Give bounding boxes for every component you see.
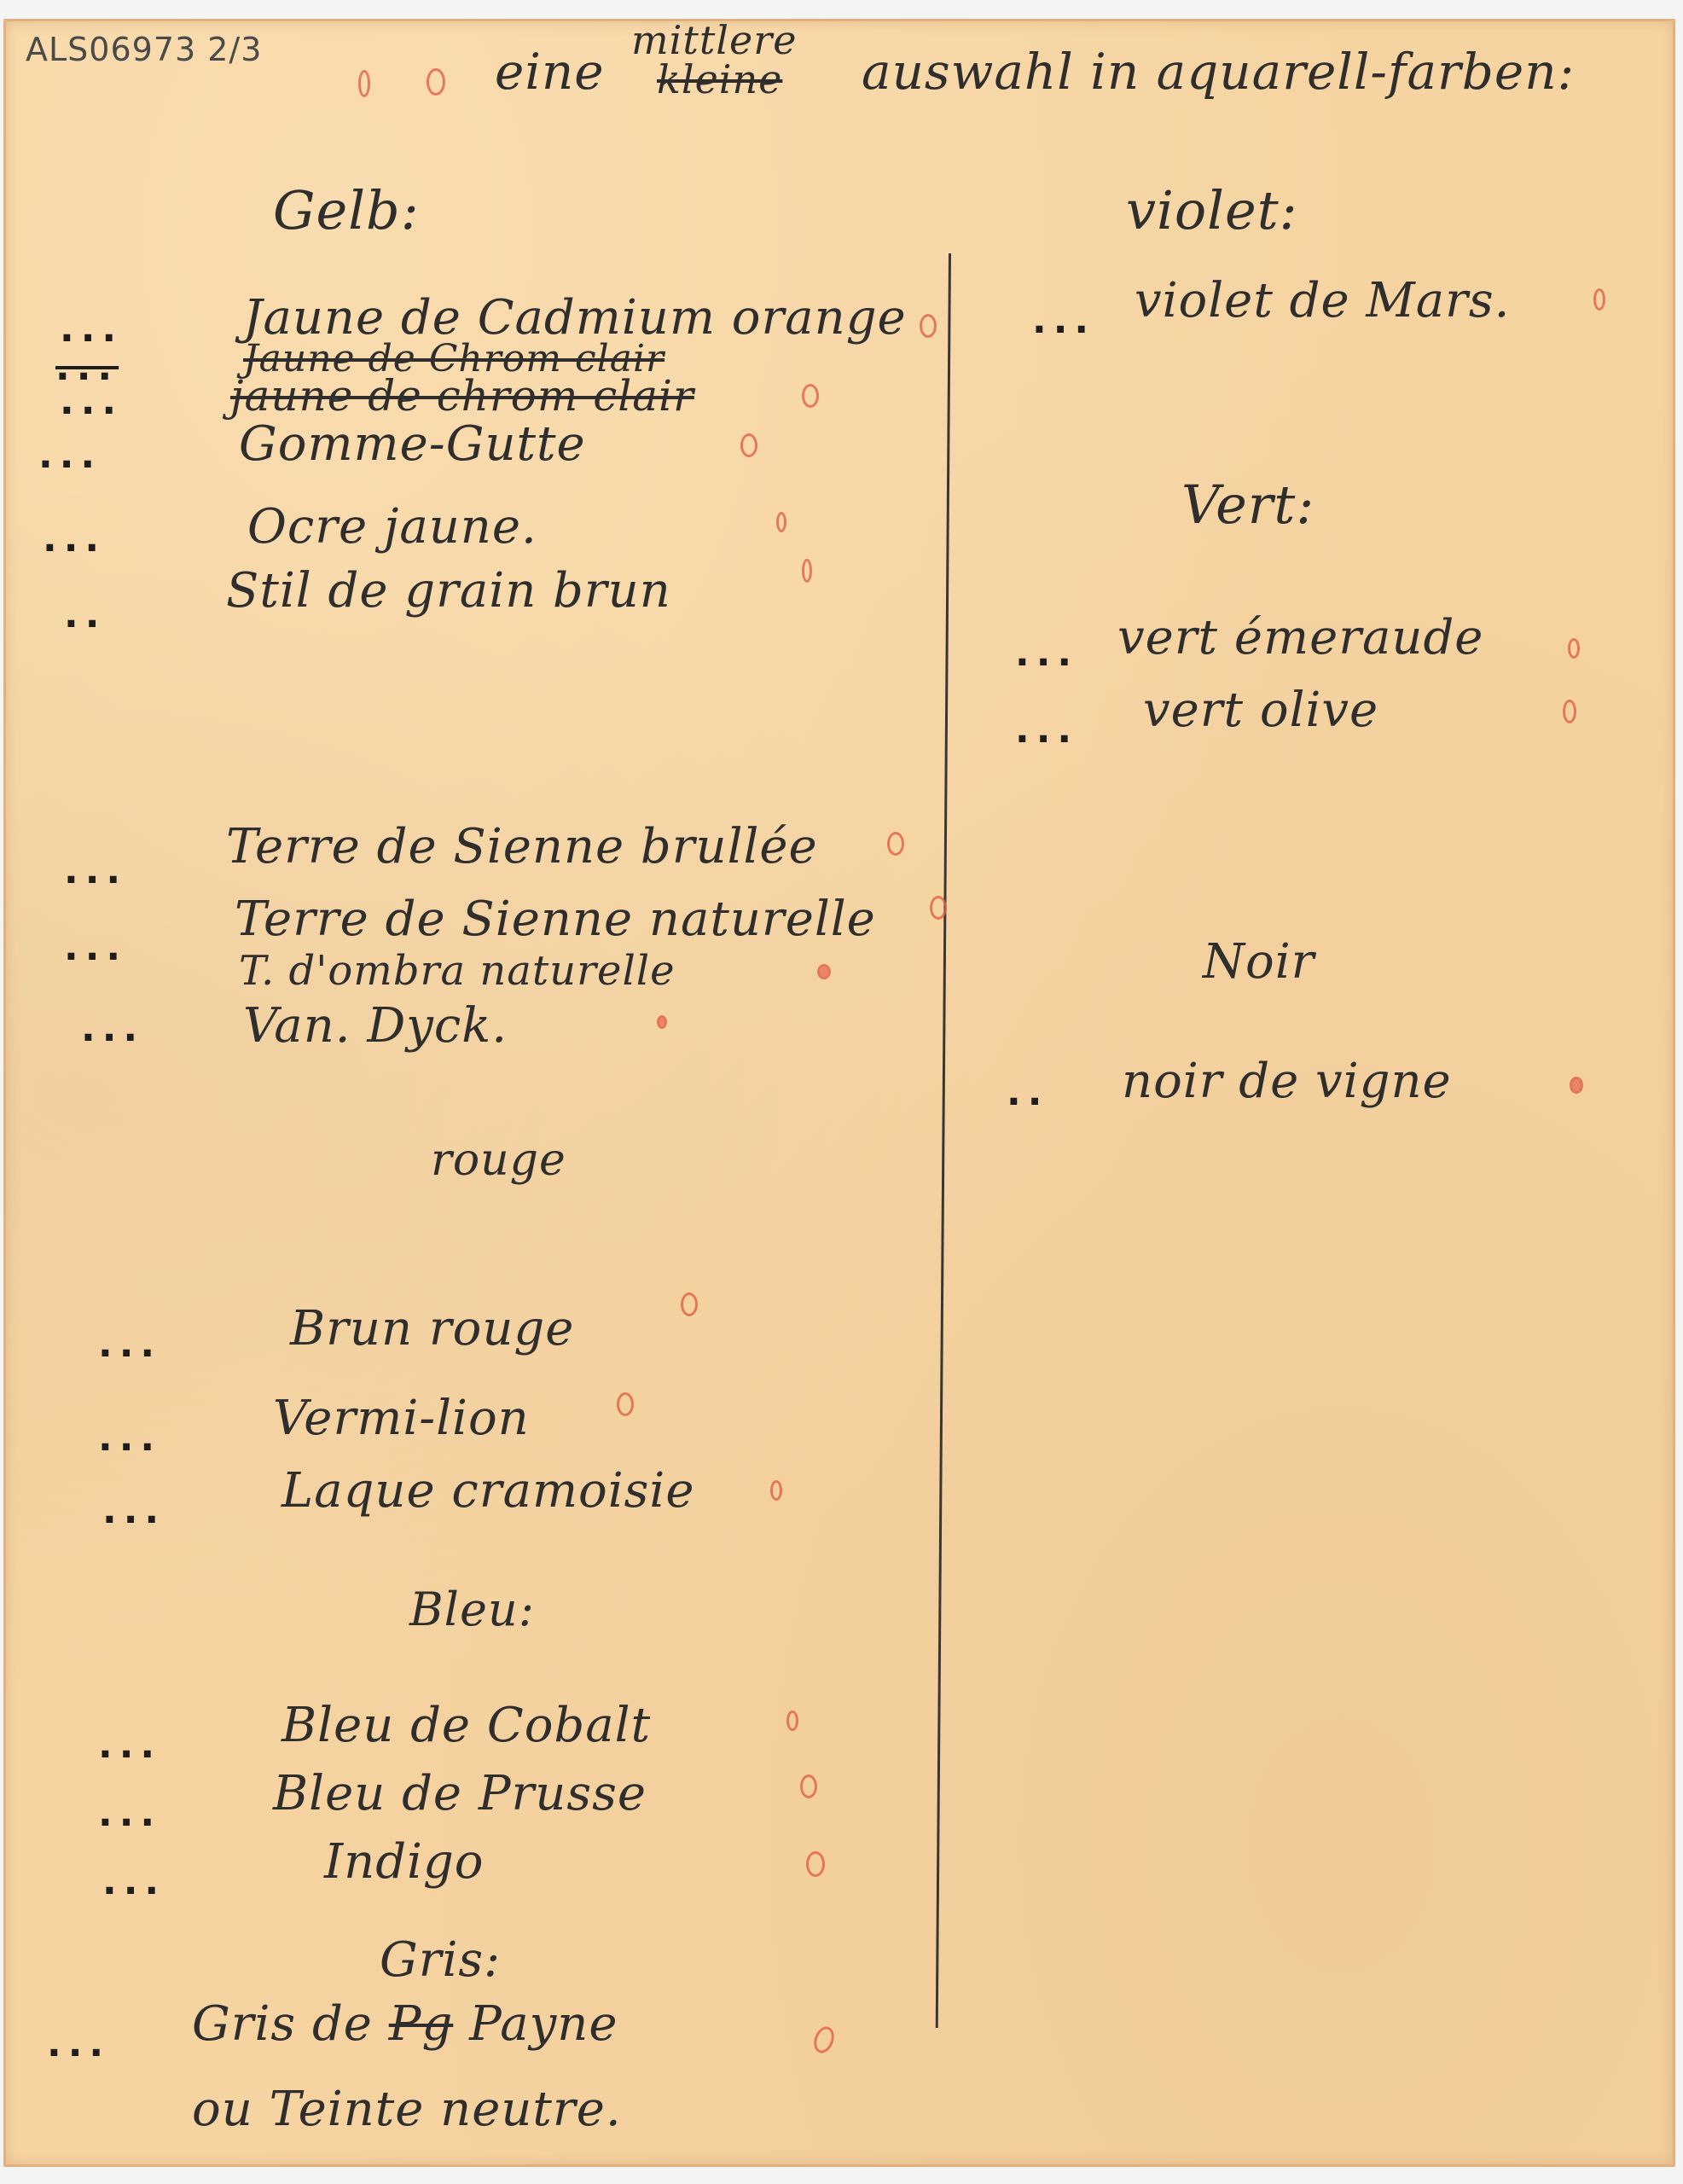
red-pencil-mark xyxy=(800,1774,817,1798)
color-item-vert-emeraude: vert émeraude xyxy=(1117,610,1483,665)
color-item-sienne-brulee: Terre de Sienne brullée xyxy=(226,819,818,874)
color-item-noir-de-vigne: noir de vigne xyxy=(1122,1054,1452,1109)
heading-rouge: rouge xyxy=(431,1135,566,1186)
color-item-vermilion: Vermi-lion xyxy=(273,1391,530,1446)
check-marks: .. xyxy=(64,593,106,636)
check-marks: ... xyxy=(98,1792,161,1835)
red-pencil-mark xyxy=(358,70,370,97)
color-item-vert-olive: vert olive xyxy=(1143,682,1378,738)
red-pencil-mark xyxy=(617,1392,634,1416)
red-pencil-mark xyxy=(786,1711,798,1731)
check-marks: .. xyxy=(1007,1071,1048,1114)
check-marks: ... xyxy=(60,380,123,423)
red-pencil-mark xyxy=(740,433,757,457)
title-suffix: auswahl in aquarell-farben: xyxy=(862,43,1575,101)
heading-gris: Gris: xyxy=(380,1932,501,1988)
color-item-gris-de-payne: Gris de Pg Payne xyxy=(192,1996,618,2052)
heading-vert: Vert: xyxy=(1181,473,1314,536)
red-pencil-mark xyxy=(1563,700,1576,723)
color-item-stil-de-grain: Stil de grain brun xyxy=(226,563,671,619)
red-pencil-mark xyxy=(802,559,812,583)
red-pencil-mark xyxy=(802,384,819,408)
check-marks: ... xyxy=(98,1723,161,1767)
color-item-ombra-naturelle: T. d'ombra naturelle xyxy=(239,947,676,995)
red-pencil-mark xyxy=(770,1480,782,1501)
check-marks: ... xyxy=(64,849,127,892)
red-pencil-mark xyxy=(1593,288,1605,311)
color-item-brun-rouge: Brun rouge xyxy=(290,1301,574,1356)
color-item-indigo: Indigo xyxy=(324,1834,485,1890)
struck-fragment: Pg xyxy=(389,1996,454,2052)
color-item-laque-cramoisie: Laque cramoisie xyxy=(281,1463,694,1519)
check-marks: ... xyxy=(1015,631,1078,675)
check-marks: ... xyxy=(38,433,102,477)
color-item-ocre-jaune: Ocre jaune. xyxy=(247,499,537,555)
payne-text: Payne xyxy=(469,1996,618,2052)
check-marks: ... xyxy=(1015,708,1078,752)
red-pencil-mark xyxy=(887,832,904,856)
check-marks: ... xyxy=(81,1007,144,1050)
red-pencil-mark xyxy=(920,314,937,338)
check-marks: ... xyxy=(98,1322,161,1366)
check-marks: ... xyxy=(102,1860,165,1903)
color-item-gomme-gutte: Gomme-Gutte xyxy=(239,416,586,472)
red-pencil-mark xyxy=(1568,638,1580,659)
heading-bleu: Bleu: xyxy=(409,1583,535,1636)
color-item-jaune-chrom-clair: jaune de chrom clair xyxy=(230,371,694,421)
color-item-sienne-naturelle: Terre de Sienne naturelle xyxy=(235,892,876,947)
color-item-van-dyck: Van. Dyck. xyxy=(243,998,508,1054)
heading-noir: Noir xyxy=(1203,934,1314,990)
red-pencil-mark xyxy=(681,1292,698,1316)
red-pencil-mark xyxy=(776,512,786,532)
red-pencil-mark xyxy=(657,1015,667,1029)
red-pencil-mark xyxy=(930,896,947,920)
red-pencil-mark xyxy=(817,964,831,979)
color-item-bleu-prusse: Bleu de Prusse xyxy=(273,1766,647,1821)
check-marks: ... xyxy=(1032,299,1095,342)
check-marks: ... xyxy=(43,517,106,561)
check-marks: ... xyxy=(64,926,127,969)
check-marks: ... xyxy=(98,1416,161,1460)
red-pencil-mark xyxy=(427,68,445,96)
archive-reference: ALS06973 2/3 xyxy=(26,31,262,68)
check-marks: ... xyxy=(47,2022,110,2065)
red-pencil-mark xyxy=(806,1851,825,1877)
title-prefix: eine xyxy=(495,43,605,101)
heading-gelb: Gelb: xyxy=(273,179,420,241)
red-pencil-mark xyxy=(1570,1077,1583,1094)
color-item-violet-de-mars: violet de Mars. xyxy=(1135,273,1510,328)
check-marks: ... xyxy=(60,307,123,351)
gris-de-text: Gris de xyxy=(192,1996,373,2052)
check-marks: ... xyxy=(102,1489,165,1532)
title-struck-word: kleine xyxy=(657,56,782,102)
heading-violet: violet: xyxy=(1126,179,1298,241)
color-item-teinte-neutre: ou Teinte neutre. xyxy=(192,2082,622,2137)
color-item-bleu-cobalt: Bleu de Cobalt xyxy=(281,1698,651,1753)
